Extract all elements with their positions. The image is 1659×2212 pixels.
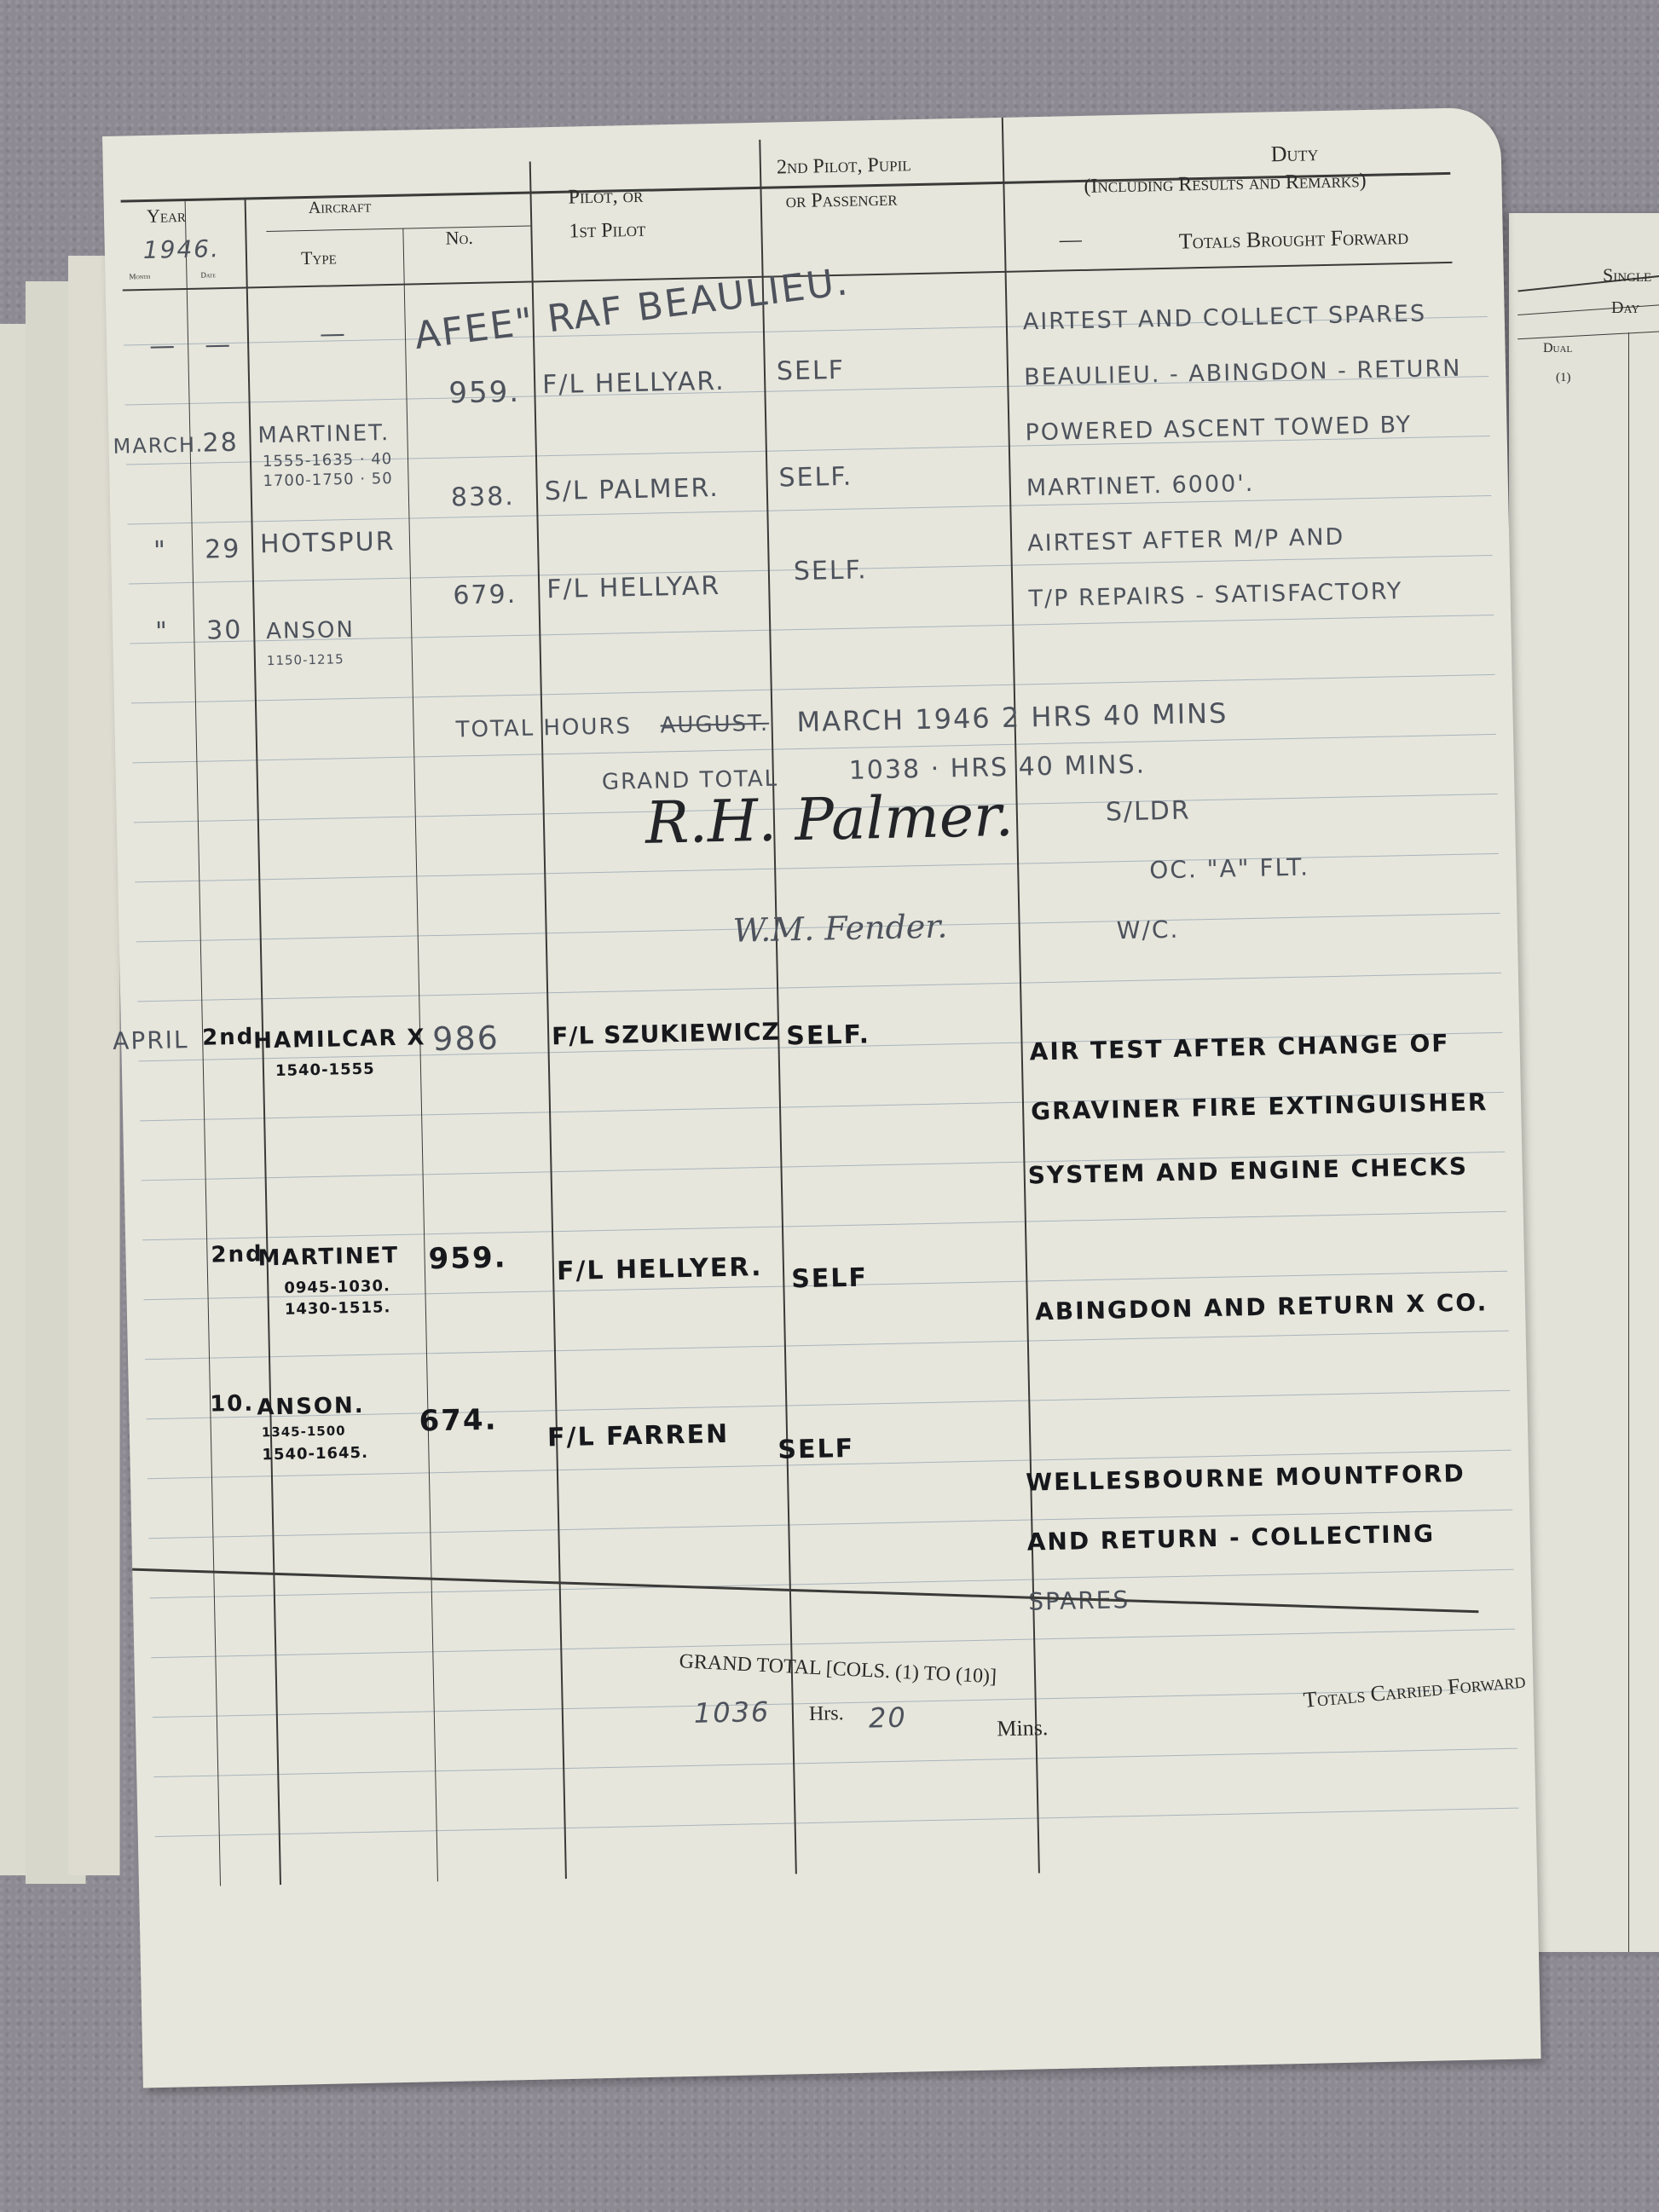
entry-3-time-0: 1150-1215 [267, 651, 344, 668]
entry-4-date: 2nd [202, 1024, 255, 1050]
entry-6-pilot: F/L FARREN [547, 1419, 730, 1453]
entry-2-pilot: S/L PALMER. [544, 473, 720, 506]
entry-5-no: 959. [428, 1240, 507, 1276]
entry-3-date: 30 [206, 615, 243, 646]
entry-1-no: 959. [448, 375, 521, 411]
entry-1-second: SELF [777, 355, 846, 387]
entry-4-month: APRIL [113, 1025, 189, 1055]
entry-0-month: — [149, 331, 177, 361]
entry-3-type: ANSON [266, 617, 355, 644]
duty-header: Duty [1270, 141, 1318, 167]
entry-6-second: SELF [777, 1434, 854, 1465]
entry-1-pilot: F/L HELLYAR. [542, 367, 725, 400]
pilot-header: Pilot, or [568, 185, 643, 210]
entry-3-no: 679. [453, 580, 517, 611]
struck-word: AUGUST. [660, 711, 769, 739]
footer-hours-value: 1036 [693, 1695, 770, 1730]
total-hours-label: TOTAL HOURS [455, 713, 632, 742]
footer-mins-label: Mins. [997, 1715, 1049, 1741]
year-value: 1946. [142, 234, 220, 264]
entry-1-duty-1: MARTINET. 6000'. [1026, 471, 1255, 502]
dual-header: Dual [1543, 341, 1572, 356]
grand-total-value: 1038 · HRS 40 MINS. [848, 750, 1146, 786]
entry-1-month: MARCH. [113, 433, 204, 459]
entry-3-pilot: F/L HELLYAR [546, 571, 721, 604]
entry-5-pilot: F/L HELLYER. [557, 1252, 763, 1286]
entry-2-no: 838. [451, 482, 516, 513]
entry-4-type: HAMILCAR X [253, 1025, 426, 1054]
date-header: Date [200, 270, 216, 279]
entry-6-date: 10. [210, 1391, 255, 1418]
signature-wc: W.M. Fender. [732, 907, 948, 949]
entry-4-time-0: 1540-1555 [275, 1060, 375, 1080]
role-oc-a-flt: OC. "A" FLT. [1149, 853, 1309, 885]
pilot-header-2: 1st Pilot [569, 219, 645, 244]
rank-sldr: S/LDR [1105, 795, 1191, 827]
entry-1-time-1: 1700-1750 · 50 [263, 470, 393, 490]
entry-3-second: SELF. [794, 555, 868, 586]
no-header: No. [445, 227, 473, 250]
logbook-page: Year 1946. Month Date Aircraft Type No. … [102, 107, 1541, 2088]
entry-2-month: " [153, 536, 168, 566]
entry-0-type: — [320, 319, 348, 349]
entry-0-date: — [205, 330, 233, 361]
footer-hours-label: Hrs. [809, 1702, 844, 1726]
entry-1-type: MARTINET. [257, 420, 390, 448]
entry-5-second: SELF [791, 1262, 868, 1294]
year-header: Year [147, 205, 186, 228]
entry-5-type: MARTINET [257, 1243, 399, 1271]
entry-5-time-0: 0945-1030. [284, 1277, 390, 1297]
rank-wc: W/C. [1116, 915, 1179, 945]
entry-2-type: HOTSPUR [260, 527, 396, 559]
entry-6-type: ANSON. [257, 1393, 365, 1421]
entry-1-time-0: 1555-1635 · 40 [263, 450, 393, 471]
entry-4-pilot: F/L SZUKIEWICZ [552, 1018, 780, 1051]
totals-dash: — [1059, 227, 1082, 253]
col1-label: (1) [1556, 371, 1571, 385]
aircraft-header: Aircraft [309, 197, 372, 218]
entry-5-time-1: 1430-1515. [285, 1298, 391, 1319]
footer-mins-value: 20 [869, 1701, 908, 1735]
totals-brought-forward: Totals Brought Forward [1179, 224, 1409, 255]
entry-6-time-0: 1345-1500 [262, 1423, 346, 1440]
entry-1-date: 28 [202, 428, 239, 459]
day-header: Day [1611, 298, 1639, 318]
signature-palmer: R.H. Palmer. [645, 783, 1014, 858]
type-header: Type [301, 246, 337, 269]
entry-4-no: 986 [432, 1019, 500, 1058]
second-pilot-header: 2nd Pilot, Pupil [777, 153, 911, 179]
single-header: Single [1603, 264, 1651, 286]
entry-2-second: SELF. [778, 462, 853, 494]
entry-6-time-1: 1540-1645. [262, 1444, 368, 1464]
entry-2-date: 29 [205, 534, 241, 565]
entry-4-second: SELF. [786, 1019, 870, 1051]
month-header: Month [129, 272, 150, 281]
entry-6-no: 674. [419, 1403, 498, 1439]
entry-5-date: 2nd [211, 1241, 263, 1268]
second-pilot-header-2: or Passenger [785, 188, 897, 213]
entry-3-month: " [155, 616, 170, 646]
